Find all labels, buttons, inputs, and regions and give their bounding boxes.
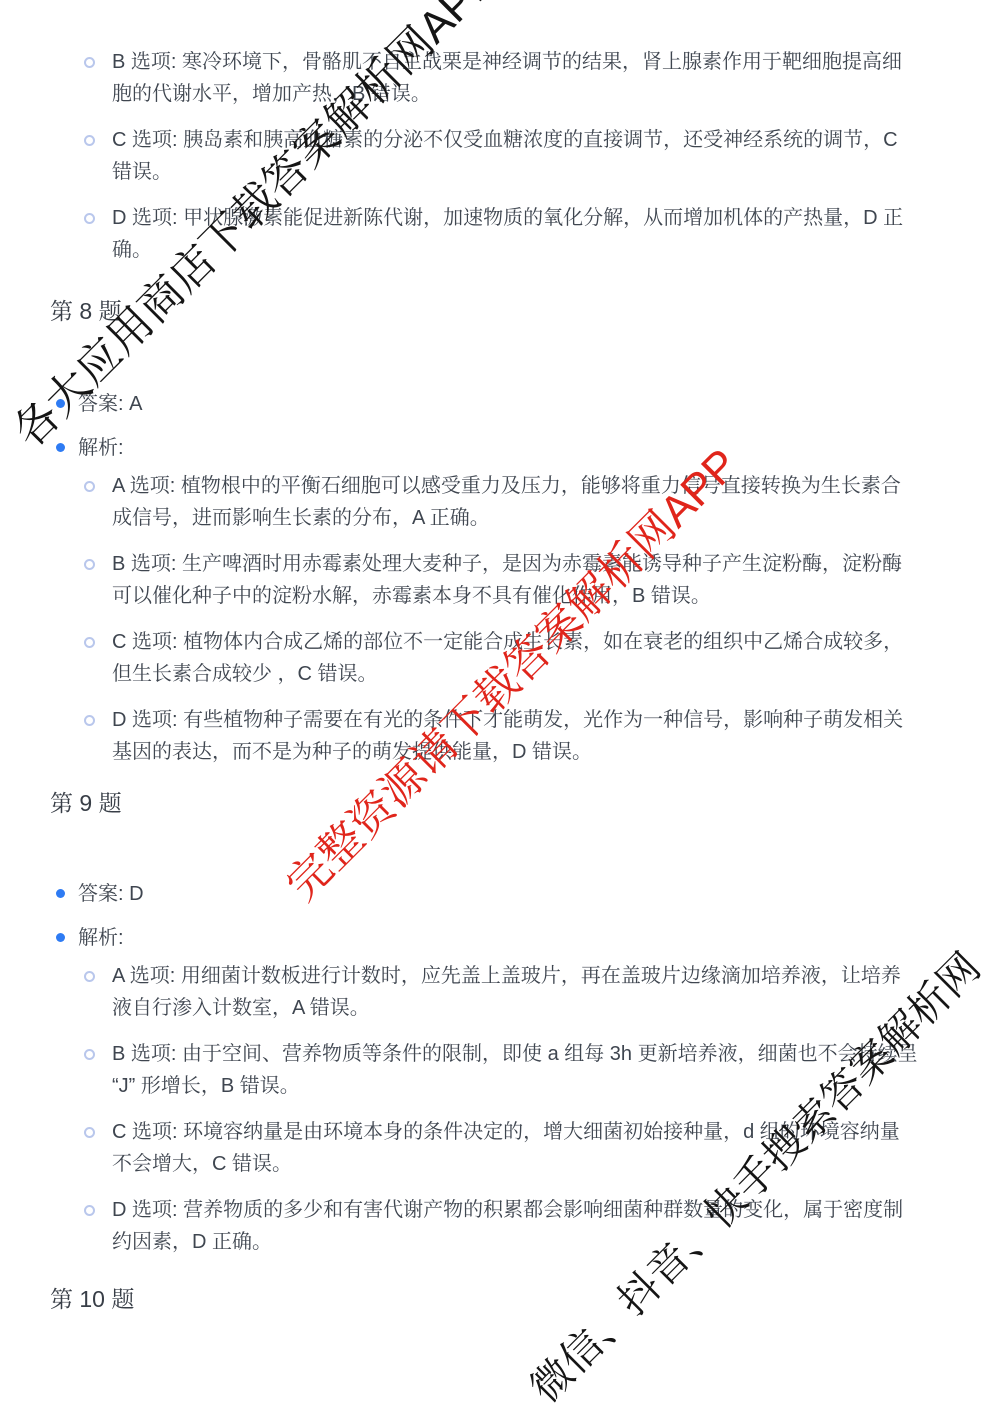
question-9-title: 第 9 题 (50, 788, 950, 818)
question-9-answer-list: 答案: D 解析: (50, 878, 950, 954)
option-text: D 选项: 营养物质的多少和有害代谢产物的积累都会影响细菌种群数量的变化，属于密… (112, 1199, 903, 1253)
option-text: D 选项: 有些植物种子需要在有光的条件下才能萌发，光作为一种信号，影响种子萌发… (112, 709, 903, 763)
option-bullet-icon (84, 1205, 95, 1216)
question-9-option-list: A 选项: 用细菌计数板进行计数时，应先盖上盖玻片，再在盖玻片边缘滴加培养液，让… (50, 960, 950, 1258)
option-item: D 选项: 营养物质的多少和有害代谢产物的积累都会影响细菌种群数量的变化，属于密… (84, 1194, 918, 1258)
option-bullet-icon (84, 1127, 95, 1138)
document-body: B 选项: 寒冷环境下，骨骼肌不自主战栗是神经调节的结果，肾上腺素作用于靶细胞提… (0, 0, 1000, 1314)
answer-item: 答案: A (50, 388, 950, 420)
option-text: C 选项: 环境容纳量是由环境本身的条件决定的，增大细菌初始接种量，d 组的环境… (112, 1121, 900, 1175)
option-text: B 选项: 由于空间、营养物质等条件的限制，即使 a 组每 3h 更新培养液，细… (112, 1043, 918, 1097)
analysis-label: 解析: (78, 927, 124, 949)
option-text: C 选项: 胰岛素和胰高血糖素的分泌不仅受血糖浓度的直接调节，还受神经系统的调节… (112, 129, 898, 183)
option-item: A 选项: 植物根中的平衡石细胞可以感受重力及压力，能够将重力信号直接转换为生长… (84, 470, 918, 534)
prev-question-option-list: B 选项: 寒冷环境下，骨骼肌不自主战栗是神经调节的结果，肾上腺素作用于靶细胞提… (50, 46, 950, 266)
page: { "colors": { "text": "#3f4650", "headin… (0, 0, 1000, 1414)
analysis-bullet-icon (56, 933, 65, 942)
question-10-title: 第 10 题 (50, 1284, 950, 1314)
option-bullet-icon (84, 715, 95, 726)
option-bullet-icon (84, 481, 95, 492)
question-8-answer-list: 答案: A 解析: (50, 388, 950, 464)
option-text: C 选项: 植物体内合成乙烯的部位不一定能合成生长素，如在衰老的组织中乙烯合成较… (112, 631, 903, 685)
option-bullet-icon (84, 57, 95, 68)
analysis-item: 解析: (50, 922, 950, 954)
option-bullet-icon (84, 971, 95, 982)
answer-bullet-icon (56, 889, 65, 898)
option-bullet-icon (84, 1049, 95, 1060)
option-item: A 选项: 用细菌计数板进行计数时，应先盖上盖玻片，再在盖玻片边缘滴加培养液，让… (84, 960, 918, 1024)
option-item: C 选项: 胰岛素和胰高血糖素的分泌不仅受血糖浓度的直接调节，还受神经系统的调节… (84, 124, 918, 188)
option-text: D 选项: 甲状腺激素能促进新陈代谢，加速物质的氧化分解，从而增加机体的产热量，… (112, 207, 903, 261)
answer-item: 答案: D (50, 878, 950, 910)
option-item: C 选项: 植物体内合成乙烯的部位不一定能合成生长素，如在衰老的组织中乙烯合成较… (84, 626, 918, 690)
option-item: B 选项: 由于空间、营养物质等条件的限制，即使 a 组每 3h 更新培养液，细… (84, 1038, 918, 1102)
option-text: A 选项: 植物根中的平衡石细胞可以感受重力及压力，能够将重力信号直接转换为生长… (112, 475, 901, 529)
analysis-item: 解析: (50, 432, 950, 464)
option-item: C 选项: 环境容纳量是由环境本身的条件决定的，增大细菌初始接种量，d 组的环境… (84, 1116, 918, 1180)
option-text: A 选项: 用细菌计数板进行计数时，应先盖上盖玻片，再在盖玻片边缘滴加培养液，让… (112, 965, 901, 1019)
analysis-label: 解析: (78, 437, 124, 459)
answer-text: 答案: A (78, 393, 142, 415)
answer-bullet-icon (56, 399, 65, 408)
analysis-bullet-icon (56, 443, 65, 452)
option-text: B 选项: 寒冷环境下，骨骼肌不自主战栗是神经调节的结果，肾上腺素作用于靶细胞提… (112, 51, 902, 105)
option-bullet-icon (84, 213, 95, 224)
option-item: B 选项: 生产啤酒时用赤霉素处理大麦种子，是因为赤霉素能诱导种子产生淀粉酶，淀… (84, 548, 918, 612)
option-item: B 选项: 寒冷环境下，骨骼肌不自主战栗是神经调节的结果，肾上腺素作用于靶细胞提… (84, 46, 918, 110)
option-item: D 选项: 有些植物种子需要在有光的条件下才能萌发，光作为一种信号，影响种子萌发… (84, 704, 918, 768)
answer-text: 答案: D (78, 883, 144, 905)
question-8-title: 第 8 题 (50, 296, 950, 326)
option-bullet-icon (84, 135, 95, 146)
option-bullet-icon (84, 637, 95, 648)
option-item: D 选项: 甲状腺激素能促进新陈代谢，加速物质的氧化分解，从而增加机体的产热量，… (84, 202, 918, 266)
question-8-option-list: A 选项: 植物根中的平衡石细胞可以感受重力及压力，能够将重力信号直接转换为生长… (50, 470, 950, 768)
option-text: B 选项: 生产啤酒时用赤霉素处理大麦种子，是因为赤霉素能诱导种子产生淀粉酶，淀… (112, 553, 902, 607)
option-bullet-icon (84, 559, 95, 570)
